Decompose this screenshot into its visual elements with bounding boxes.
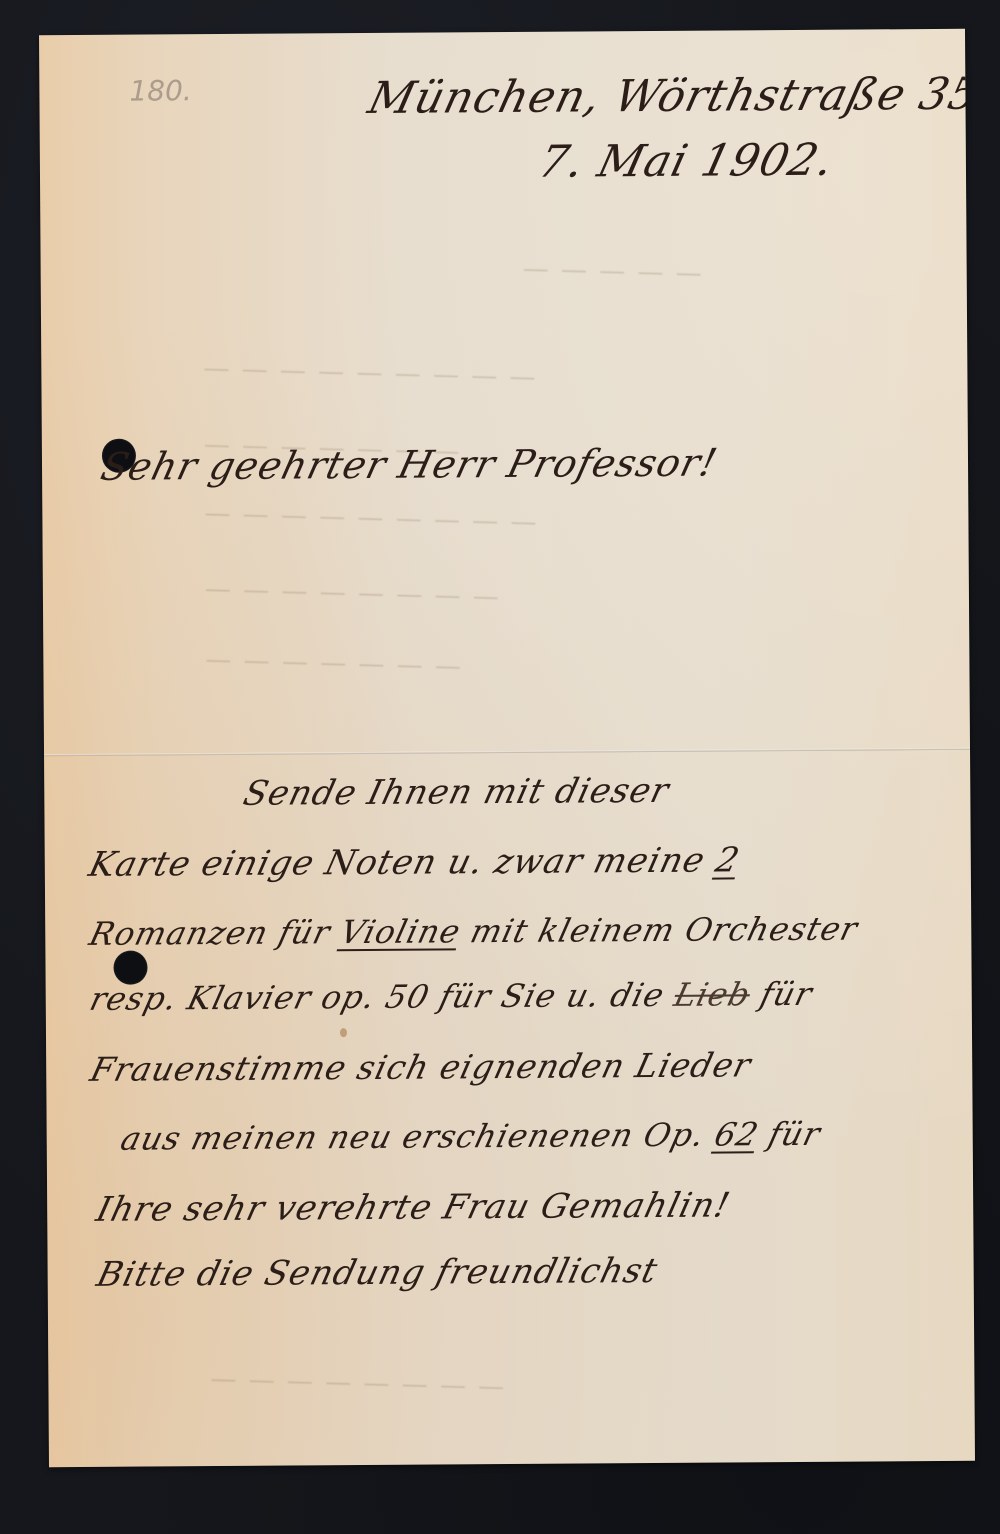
body-text: für <box>745 975 816 1013</box>
body-line: Sende Ihnen mit dieser <box>239 771 673 814</box>
body-text: Romanzen für <box>86 913 346 953</box>
body-line: Romanzen für Violine mit kleinem Orchest… <box>86 910 862 953</box>
struck-word: Lieb <box>670 975 754 1014</box>
fold-crease <box>44 748 970 756</box>
bleed-through-text: — — — — — — — <box>203 645 461 682</box>
letter-place-address: München, Wörthstraße 35 I. <box>363 68 975 124</box>
bleed-through-text: — — — — — — — — — <box>202 498 537 537</box>
body-line: aus meinen neu erschienenen Op. 62 für <box>117 1115 825 1158</box>
body-text: aus meinen neu erschienenen Op. <box>117 1116 720 1158</box>
body-line: Ihre sehr verehrte Frau Gemahlin! <box>92 1185 734 1229</box>
bleed-through-text: — — — — — — — — — <box>201 353 536 392</box>
body-line: Karte einige Noten u. zwar meine 2 <box>85 840 744 885</box>
bleed-through-text: — — — — — — — — <box>203 574 500 612</box>
body-text: resp. Klavier op. 50 für Sie u. die <box>86 976 680 1018</box>
letter-salutation: Sehr geehrter Herr Professor! <box>97 440 722 488</box>
bleed-through-text: — — — — — <box>520 254 702 289</box>
letter-date: 7. Mai 1902. <box>534 135 840 188</box>
body-line: Frauenstimme sich eignenden Lieder <box>87 1045 756 1089</box>
letter-sheet: — — — — — — — — — — — — — — — — — — — — … <box>39 29 975 1467</box>
body-text: für <box>754 1115 825 1153</box>
archive-pencil-number: 180. <box>129 74 192 107</box>
body-line: resp. Klavier op. 50 für Sie u. die Lieb… <box>86 975 816 1018</box>
bleed-through-text: — — — — — — — — <box>208 1364 505 1402</box>
body-text: mit kleinem Orchester <box>456 910 862 951</box>
body-line: Bitte die Sendung freundlichst <box>93 1251 662 1295</box>
body-text: Karte einige Noten u. zwar meine <box>85 841 721 885</box>
underlined-word: Violine <box>337 912 465 951</box>
ink-spot <box>340 1028 347 1037</box>
